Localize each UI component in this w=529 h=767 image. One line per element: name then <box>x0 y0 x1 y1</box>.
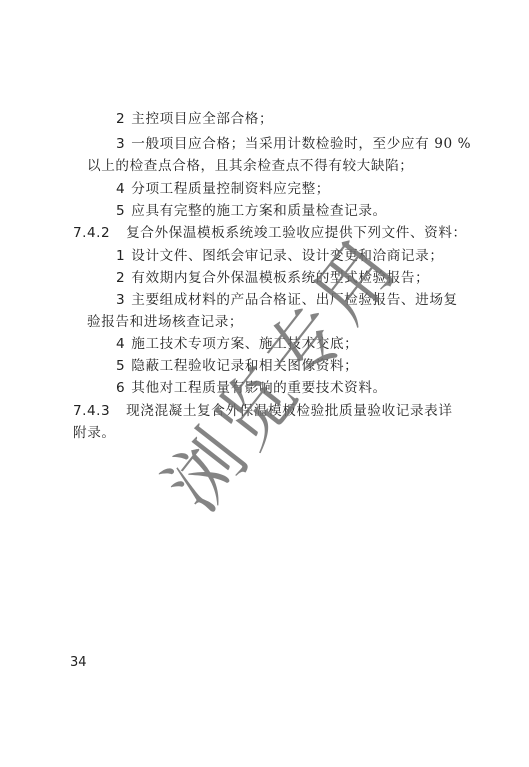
list-item: 4施工技术专项方案、施工技术交底； <box>116 335 358 353</box>
section-clause: 7.4.2复合外保温模板系统竣工验收应提供下列文件、资料： <box>73 224 467 242</box>
item-text: 以上的检查点合格，且其余检查点不得有较大缺陷； <box>87 158 413 174</box>
list-item: 2有效期内复合外保温模板系统的型式检验报告； <box>116 269 429 287</box>
document-page: 2主控项目应全部合格； 3一般项目应合格；当采用计数检验时，至少应有 90 % … <box>0 0 529 767</box>
clause-text: 附录。 <box>73 425 116 441</box>
item-text: 应具有完整的施工方案和质量检查记录。 <box>131 203 387 219</box>
item-number: 1 <box>116 248 125 264</box>
list-item: 6其他对工程质量有影响的重要技术资料。 <box>116 379 387 397</box>
item-number: 5 <box>116 203 125 219</box>
list-item: 2主控项目应全部合格； <box>116 110 273 128</box>
item-text: 有效期内复合外保温模板系统的型式检验报告； <box>131 270 429 286</box>
item-number: 5 <box>116 358 125 374</box>
item-text: 隐蔽工程验收记录和相关图像资料； <box>131 358 358 374</box>
item-text: 施工技术专项方案、施工技术交底； <box>131 336 358 352</box>
item-number: 3 <box>116 292 125 308</box>
clause-number: 7.4.2 <box>73 225 110 241</box>
item-text: 主控项目应全部合格； <box>131 111 273 127</box>
item-text: 主要组成材料的产品合格证、出厂检验报告、进场复 <box>131 292 457 308</box>
list-item-continuation: 验报告和进场核查记录； <box>87 313 243 331</box>
list-item: 4分项工程质量控制资料应完整； <box>116 180 330 198</box>
list-item: 3一般项目应合格；当采用计数检验时，至少应有 90 % <box>116 135 471 153</box>
item-number: 6 <box>116 380 125 396</box>
list-item: 5隐蔽工程验收记录和相关图像资料； <box>116 357 358 375</box>
item-number: 3 <box>116 136 125 152</box>
item-number: 4 <box>116 336 125 352</box>
clause-continuation: 附录。 <box>73 424 116 442</box>
section-clause: 7.4.3现浇混凝土复合外保温模板检验批质量验收记录表详 <box>73 402 453 420</box>
page-number: 34 <box>70 655 87 670</box>
item-number: 2 <box>116 111 125 127</box>
clause-number: 7.4.3 <box>73 403 110 419</box>
list-item: 5应具有完整的施工方案和质量检查记录。 <box>116 202 387 220</box>
item-text: 一般项目应合格；当采用计数检验时，至少应有 90 % <box>131 136 471 152</box>
item-text: 分项工程质量控制资料应完整； <box>131 181 330 197</box>
item-text: 验报告和进场核查记录； <box>87 314 243 330</box>
list-item: 3主要组成材料的产品合格证、出厂检验报告、进场复 <box>116 291 458 309</box>
item-text: 其他对工程质量有影响的重要技术资料。 <box>131 380 387 396</box>
clause-text: 现浇混凝土复合外保温模板检验批质量验收记录表详 <box>126 403 452 419</box>
list-item: 1设计文件、图纸会审记录、设计变更和洽商记录； <box>116 247 444 265</box>
list-item-continuation: 以上的检查点合格，且其余检查点不得有较大缺陷； <box>87 157 413 175</box>
item-number: 2 <box>116 270 125 286</box>
item-text: 设计文件、图纸会审记录、设计变更和洽商记录； <box>131 248 443 264</box>
item-number: 4 <box>116 181 125 197</box>
clause-text: 复合外保温模板系统竣工验收应提供下列文件、资料： <box>126 225 467 241</box>
